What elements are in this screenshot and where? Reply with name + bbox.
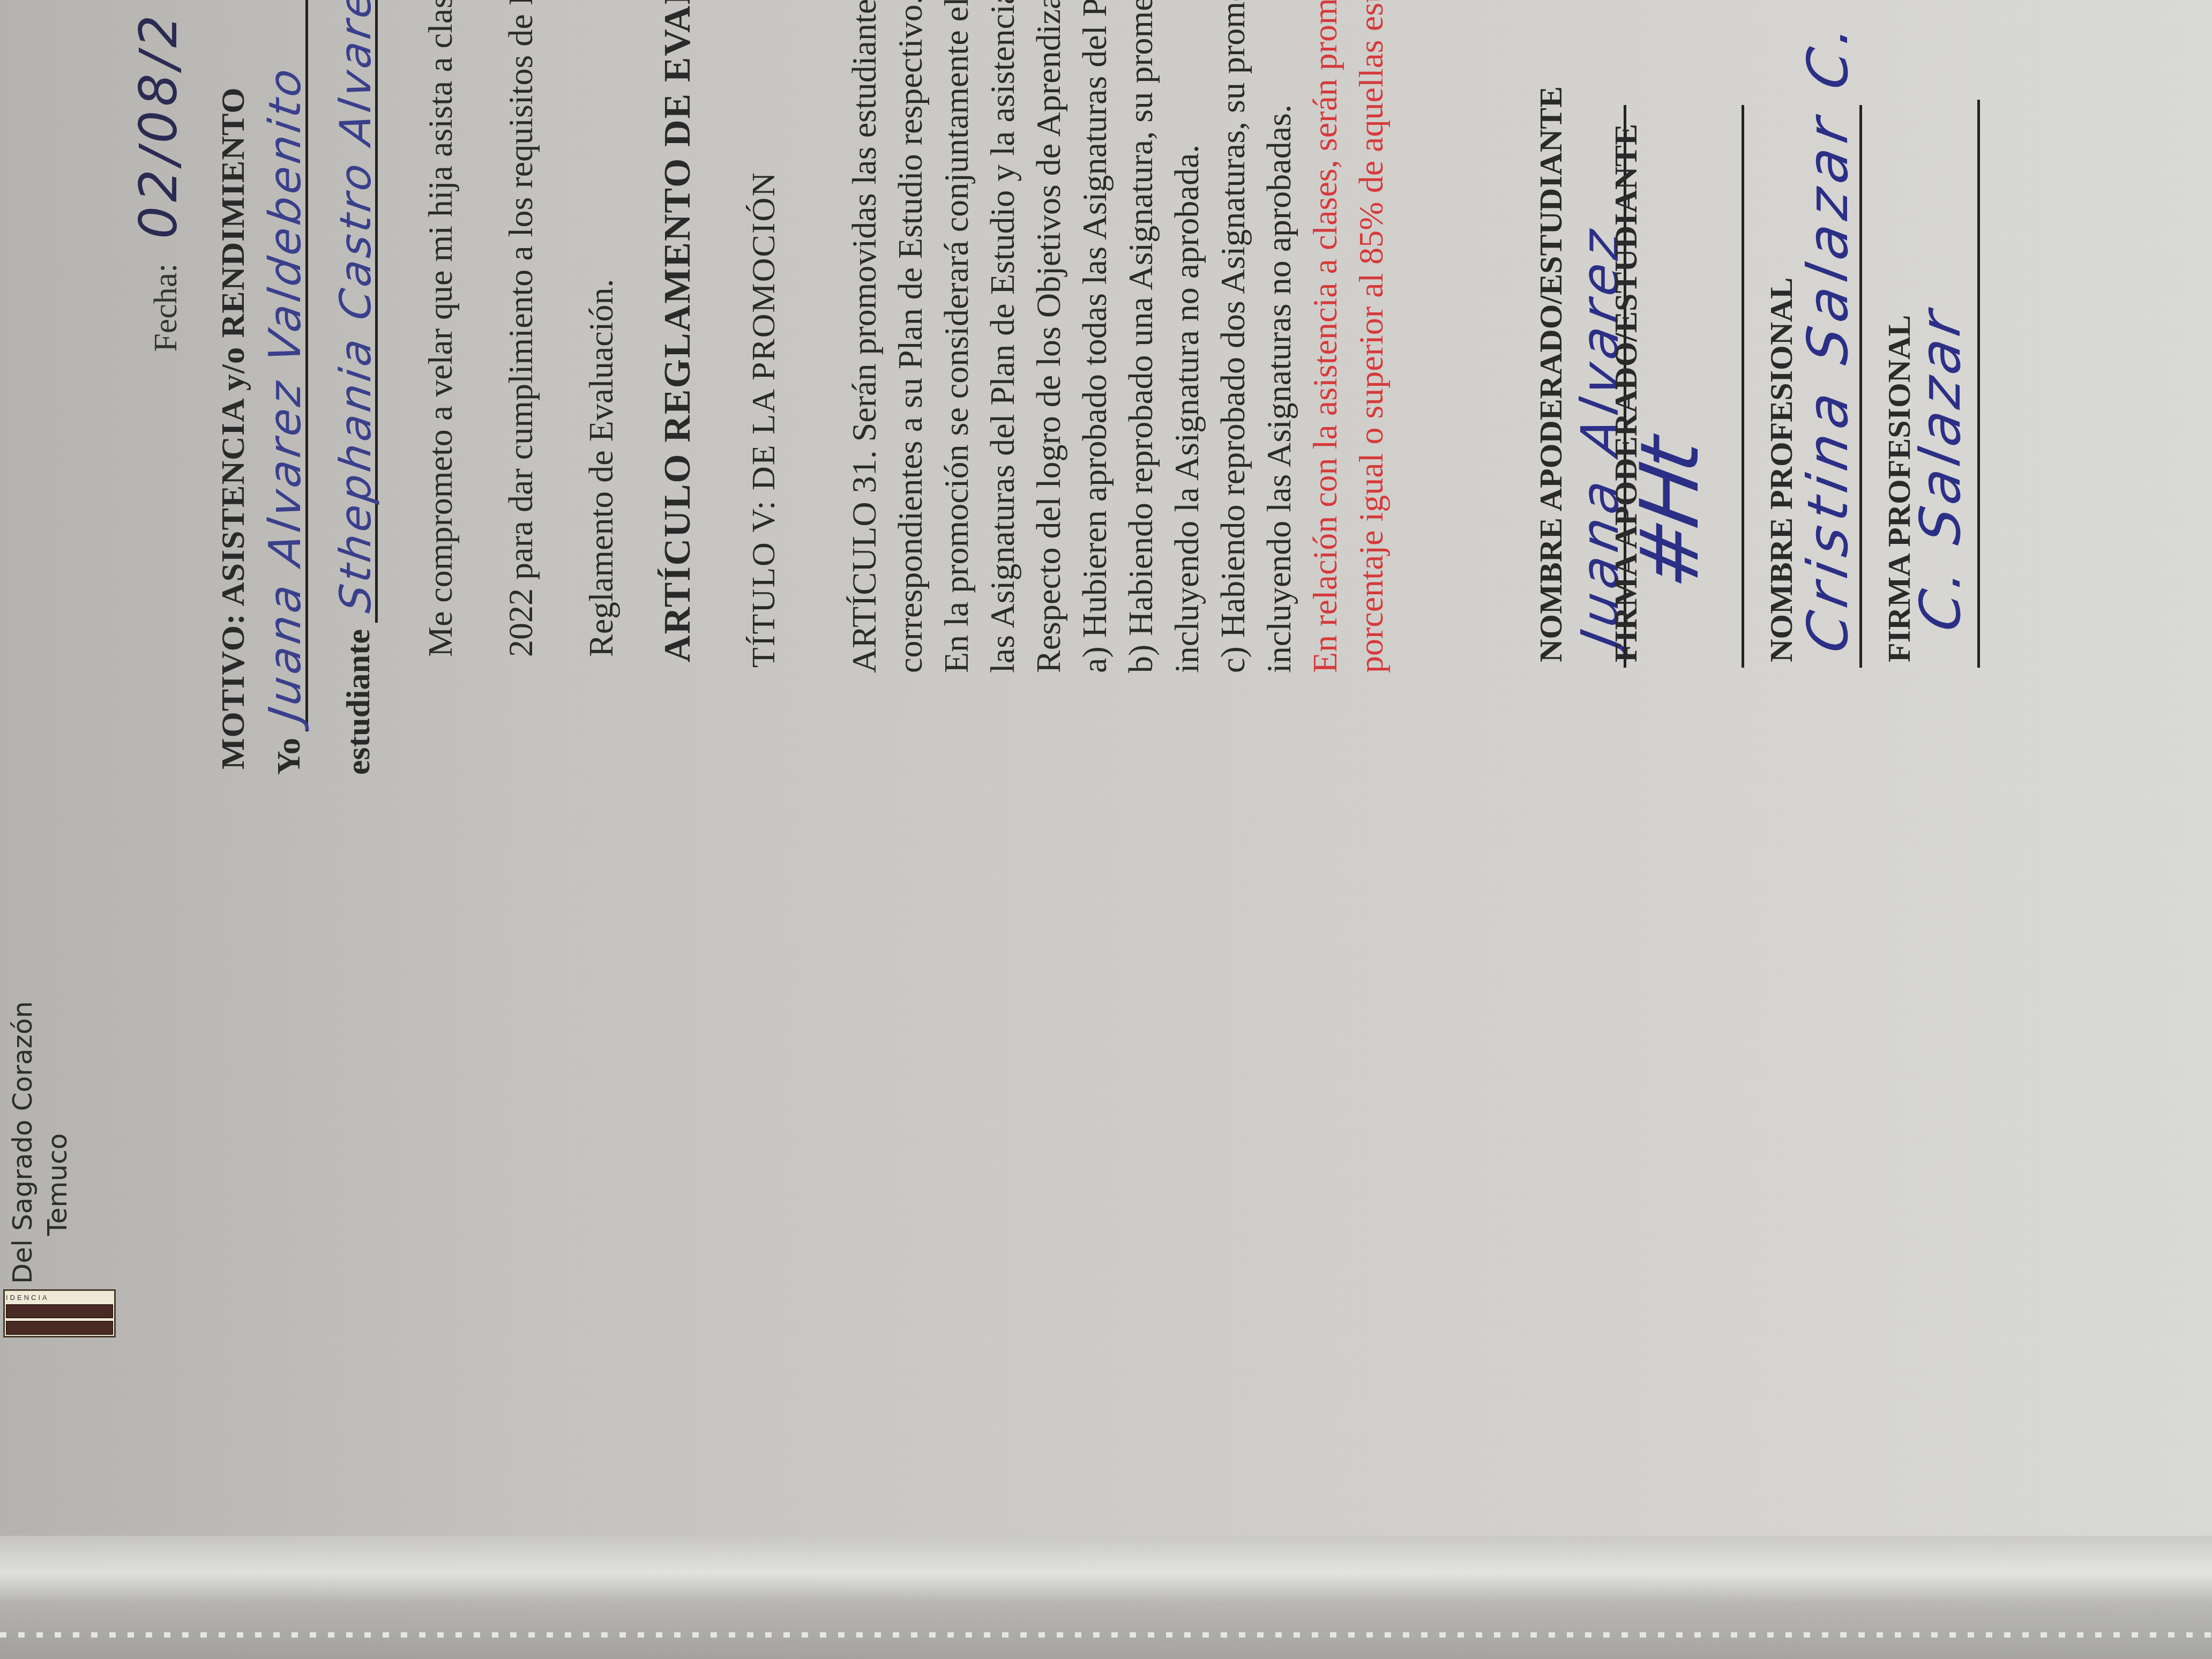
article-line: incluyendo las Asignaturas no aprobadas.	[1256, 0, 1302, 673]
professional-name-handwritten: Cristina Salazar C.	[1795, 13, 1860, 657]
guardian-name-handwritten: Juana Alvarez Valdebenito	[260, 63, 311, 724]
articulo-heading: ARTÍCULO REGLAMENTO DE EVALUACION	[656, 0, 699, 662]
document-page: IDENCIA Del Sagrado Corazón Temuco Fecha…	[0, 0, 2212, 1659]
date-field: Fecha: 02/08/2	[129, 11, 189, 352]
sleeve-perforation	[0, 1632, 2212, 1638]
article-31: ARTÍCULO 31. Serán promovidas las estudi…	[841, 0, 1394, 673]
photo-frame: IDENCIA Del Sagrado Corazón Temuco Fecha…	[0, 0, 2212, 1659]
article-line: incluyendo la Asignatura no aprobada.	[1164, 0, 1210, 673]
article-line: c) Habiendo reprobado dos Asignaturas, s…	[1210, 0, 1256, 673]
motivo-heading: MOTIVO: ASISTENCIA y/o RENDIMIENTO	[214, 87, 252, 769]
commitment-line: 2022 para dar cumplimiento a los requisi…	[504, 0, 538, 657]
guardian-field-row: Yo Juana Alvarez Valdebenito Apoderad	[268, 0, 308, 775]
professional-signature-line[interactable]	[1977, 100, 1980, 668]
article-line: las Asignaturas del Plan de Estudio y la…	[980, 0, 1026, 673]
attendance-requirement-line: porcentaje igual o superior al 85% de aq…	[1348, 0, 1394, 673]
guardian-signature-handwritten: #Ht	[1624, 436, 1717, 595]
logo-bar	[6, 1321, 113, 1335]
school-header: Del Sagrado Corazón Temuco	[5, 1001, 75, 1284]
article-line: correspondientes a su Plan de Estudio re…	[887, 0, 933, 673]
logo-bar	[6, 1304, 113, 1318]
commitment-line: Me comprometo a velar que mi hija asista…	[423, 0, 458, 657]
school-name: Del Sagrado Corazón	[5, 1001, 40, 1284]
commitment-line: Reglamento de Evaluación.	[584, 279, 618, 657]
logo-letters: IDENCIA	[6, 1294, 113, 1302]
titulo-heading: TÍTULO V: DE LA PROMOCIÓN	[745, 171, 783, 668]
date-label: Fecha:	[147, 264, 184, 352]
student-name-handwritten: Sthephania Castro Alvarez	[331, 0, 380, 615]
school-logo-icon: IDENCIA	[3, 1289, 116, 1337]
article-line: Respecto del logro de los Objetivos de A…	[1026, 0, 1072, 673]
school-city: Temuco	[40, 1001, 75, 1284]
professional-name-label: NOMBRE PROFESIONAL	[1763, 278, 1800, 662]
attendance-requirement-line: En relación con la asistencia a clases, …	[1302, 0, 1348, 673]
professional-name-line[interactable]	[1859, 105, 1862, 668]
student-field-row: estudiante Sthephania Castro Alvarez del…	[338, 0, 378, 775]
guardian-name-field[interactable]: Juana Alvarez Valdebenito	[268, 0, 308, 731]
estudiante-label: estudiante	[340, 629, 378, 775]
guardian-signature-line[interactable]	[1742, 105, 1744, 668]
article-line: En la promoción se considerará conjuntam…	[933, 0, 980, 673]
professional-signature-handwritten: C. Salazar	[1908, 302, 1973, 636]
article-line: a) Hubieren aprobado todas las Asignatur…	[1072, 0, 1118, 673]
plastic-sleeve-edge	[0, 1536, 2212, 1659]
yo-label: Yo	[270, 738, 308, 775]
article-line: b) Habiendo reprobado una Asignatura, su…	[1118, 0, 1164, 673]
student-name-field[interactable]: Sthephania Castro Alvarez	[338, 0, 378, 623]
guardian-name-label: NOMBRE APODERADO/ESTUDIANTE	[1533, 86, 1570, 662]
article-line: ARTÍCULO 31. Serán promovidas las estudi…	[841, 0, 887, 673]
date-value[interactable]: 02/08/2	[129, 11, 189, 239]
